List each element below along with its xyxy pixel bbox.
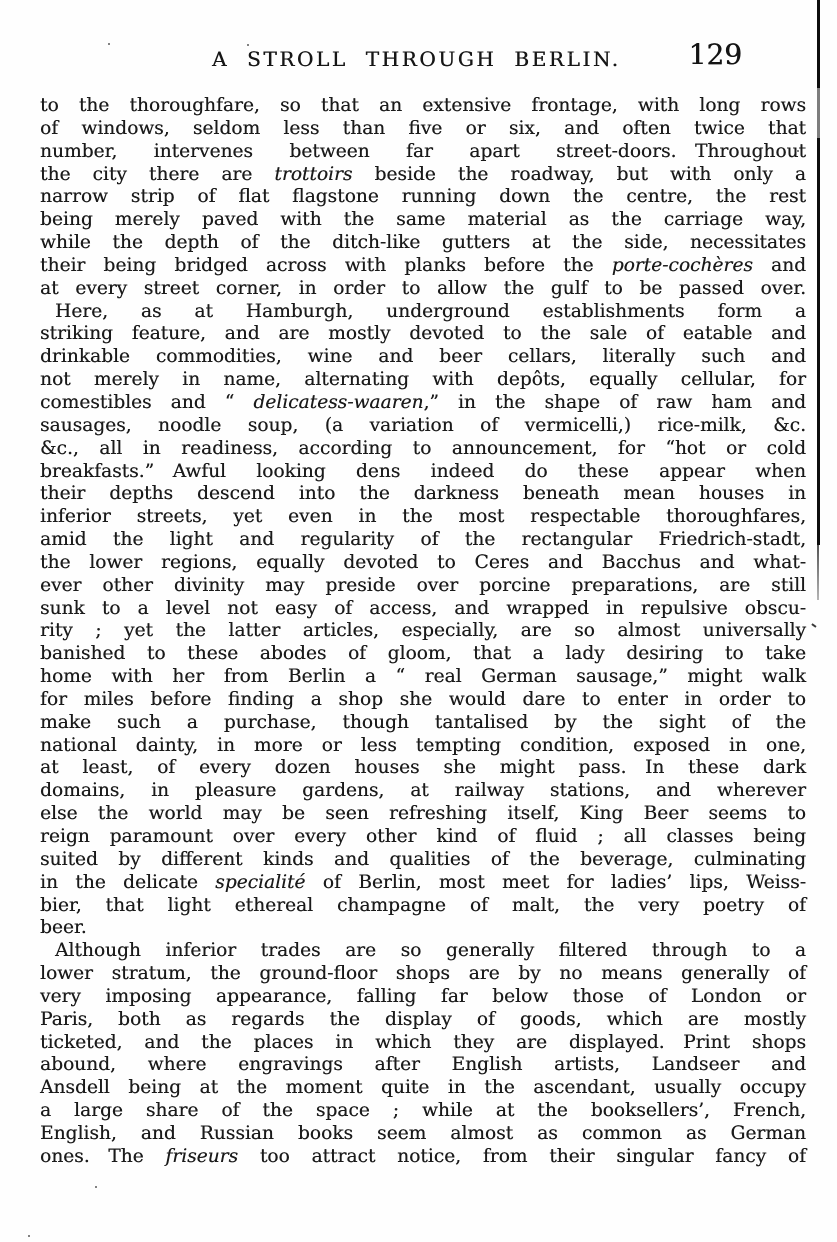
text-line: their depths descend into the darkness b… [40,483,806,506]
text-segment: else the world may be seen refreshing it… [40,803,806,824]
text-line: drinkable commodities, wine and beer cel… [40,346,806,369]
text-line: not merely in name, alternating with dep… [40,369,806,392]
text-line: banished to these abodes of gloom, that … [40,643,806,666]
text-segment: for miles before finding a shop she woul… [40,689,806,710]
text-line: ticketed, and the places in which they a… [40,1032,806,1055]
text-segment: rity ; yet the latter articles, especial… [40,620,806,641]
text-line: beer. [40,917,806,940]
text-segment: and [753,255,806,276]
text-line: Here, as at Hamburgh, underground establ… [40,301,806,324]
text-line: suited by different kinds and qualities … [40,849,806,872]
text-segment: in the delicate [40,872,215,893]
text-segment: drinkable commodities, wine and beer cel… [40,346,806,367]
text-segment: bier, that light ethereal champagne of m… [40,895,806,916]
paragraph-1: to the thoroughfare, so that an extensiv… [40,95,806,301]
text-line: a large share of the space ; while at th… [40,1100,806,1123]
text-segment: narrow strip of flat flagstone running d… [40,186,806,207]
text-segment: number, intervenes between far apart str… [40,141,806,162]
text-line: striking feature, and are mostly devoted… [40,323,806,346]
text-line: Paris, both as regards the display of go… [40,1009,806,1032]
text-line: breakfasts.” Awful looking dens indeed d… [40,461,806,484]
scan-speck [95,1186,97,1188]
scan-edge-line-fade [817,545,819,600]
text-segment: beside the roadway, but with only a [352,164,806,185]
text-segment: to the thoroughfare, so that an extensiv… [40,95,806,116]
text-block: to the thoroughfare, so that an extensiv… [40,95,806,1169]
scan-speck [108,43,110,45]
text-line: bier, that light ethereal champagne of m… [40,895,806,918]
text-line: the lower regions, equally devoted to Ce… [40,552,806,575]
text-line: amid the light and regularity of the rec… [40,529,806,552]
text-segment: very imposing appearance, falling far be… [40,986,806,1007]
text-segment: Although inferior trades are so generall… [55,940,806,961]
text-segment: banished to these abodes of gloom, that … [40,643,806,664]
text-segment: striking feature, and are mostly devoted… [40,323,806,344]
text-segment: domains, in pleasure gardens, at railway… [40,780,806,801]
text-segment: the city there are [40,164,274,185]
text-segment: make such a purchase, though tantalised … [40,712,806,733]
text-segment: reign paramount over every other kind of… [40,826,806,847]
text-line: at every street corner, in order to allo… [40,278,806,301]
text-segment: ticketed, and the places in which they a… [40,1032,806,1053]
italic-text: delicatess-waaren [253,392,423,413]
text-segment: suited by different kinds and qualities … [40,849,806,870]
text-line: Although inferior trades are so generall… [40,940,806,963]
text-line: sausages, noodle soup, (a variation of v… [40,415,806,438]
text-segment: Here, as at Hamburgh, underground establ… [55,301,806,322]
text-segment: ones. The [40,1146,165,1167]
text-segment: sausages, noodle soup, (a variation of v… [40,415,806,436]
text-segment: at every street corner, in order to allo… [40,278,806,299]
text-segment: their depths descend into the darkness b… [40,483,806,504]
text-line: in the delicate specialité of Berlin, mo… [40,872,806,895]
text-line: lower stratum, the ground-floor shops ar… [40,963,806,986]
text-line: domains, in pleasure gardens, at railway… [40,780,806,803]
text-line: for miles before finding a shop she woul… [40,689,806,712]
text-segment: breakfasts.” Awful looking dens indeed d… [40,461,806,482]
text-line: English, and Russian books seem almost a… [40,1123,806,1146]
text-line: home with her from Berlin a “ real Germa… [40,666,806,689]
text-line: make such a purchase, though tantalised … [40,712,806,735]
text-segment: sunk to a level not easy of access, and … [40,598,806,619]
text-line: ones. The friseurs too attract notice, f… [40,1146,806,1169]
text-segment: too attract notice, from their singular … [238,1146,806,1167]
text-segment: the lower regions, equally devoted to Ce… [40,552,806,573]
italic-text: specialité [215,872,305,893]
text-segment: ever other divinity may preside over por… [40,575,806,596]
text-line: very imposing appearance, falling far be… [40,986,806,1009]
text-line: Ansdell being at the moment quite in the… [40,1077,806,1100]
paragraph-2: Here, as at Hamburgh, underground establ… [40,301,806,941]
scan-speck [247,44,249,46]
text-line: inferior streets, yet even in the most r… [40,506,806,529]
text-segment: abound, where engravings after English a… [40,1054,806,1075]
text-line: ever other divinity may preside over por… [40,575,806,598]
text-segment: a large share of the space ; while at th… [40,1100,806,1121]
italic-text: friseurs [165,1146,238,1167]
text-segment: being merely paved with the same materia… [40,209,806,230]
text-segment: Paris, both as regards the display of go… [40,1009,806,1030]
text-segment: their being bridged across with planks b… [40,255,612,276]
text-segment: comestibles and “ [40,392,253,413]
scan-speck [28,1235,30,1237]
italic-text: trottoirs [274,164,352,185]
page-number: 129 [689,38,742,71]
text-line: their being bridged across with planks b… [40,255,806,278]
scan-speck [570,54,572,56]
text-segment: of windows, seldom less than five or six… [40,118,806,139]
text-line: the city there are trottoirs beside the … [40,164,806,187]
text-line: &c., all in readiness, according to anno… [40,438,806,461]
running-header-title: A STROLL THROUGH BERLIN. [212,47,621,71]
text-line: while the depth of the ditch-like gutter… [40,232,806,255]
text-segment: not merely in name, alternating with dep… [40,369,806,390]
text-line: to the thoroughfare, so that an extensiv… [40,95,806,118]
text-segment: lower stratum, the ground-floor shops ar… [40,963,806,984]
italic-text: porte-cochères [612,255,753,276]
scan-tick-mark [808,623,816,632]
text-line: being merely paved with the same materia… [40,209,806,232]
text-segment: at least, of every dozen houses she migh… [40,757,806,778]
text-line: of windows, seldom less than five or six… [40,118,806,141]
text-segment: national dainty, in more or less temptin… [40,735,806,756]
text-segment: beer. [40,917,87,938]
scan-speck [797,150,799,152]
text-line: national dainty, in more or less temptin… [40,735,806,758]
text-segment: while the depth of the ditch-like gutter… [40,232,806,253]
text-line: else the world may be seen refreshing it… [40,803,806,826]
text-line: rity ; yet the latter articles, especial… [40,620,806,643]
text-line: sunk to a level not easy of access, and … [40,598,806,621]
text-line: abound, where engravings after English a… [40,1054,806,1077]
text-line: reign paramount over every other kind of… [40,826,806,849]
paragraph-3: Although inferior trades are so generall… [40,940,806,1168]
text-segment: inferior streets, yet even in the most r… [40,506,806,527]
text-line: narrow strip of flat flagstone running d… [40,186,806,209]
text-line: number, intervenes between far apart str… [40,141,806,164]
scan-edge-line [817,0,820,545]
text-segment: Ansdell being at the moment quite in the… [40,1077,806,1098]
text-segment: English, and Russian books seem almost a… [40,1123,806,1144]
text-segment: ,” in the shape of raw ham and [423,392,806,413]
text-segment: of Berlin, most meet for ladies’ lips, W… [305,872,806,893]
book-page: A STROLL THROUGH BERLIN. 129 to the thor… [0,0,837,1242]
text-line: comestibles and “ delicatess-waaren,” in… [40,392,806,415]
text-segment: &c., all in readiness, according to anno… [40,438,806,459]
text-segment: amid the light and regularity of the rec… [40,529,806,550]
text-segment: home with her from Berlin a “ real Germa… [40,666,806,687]
text-line: at least, of every dozen houses she migh… [40,757,806,780]
scan-edge-line-light-segment [817,88,820,138]
